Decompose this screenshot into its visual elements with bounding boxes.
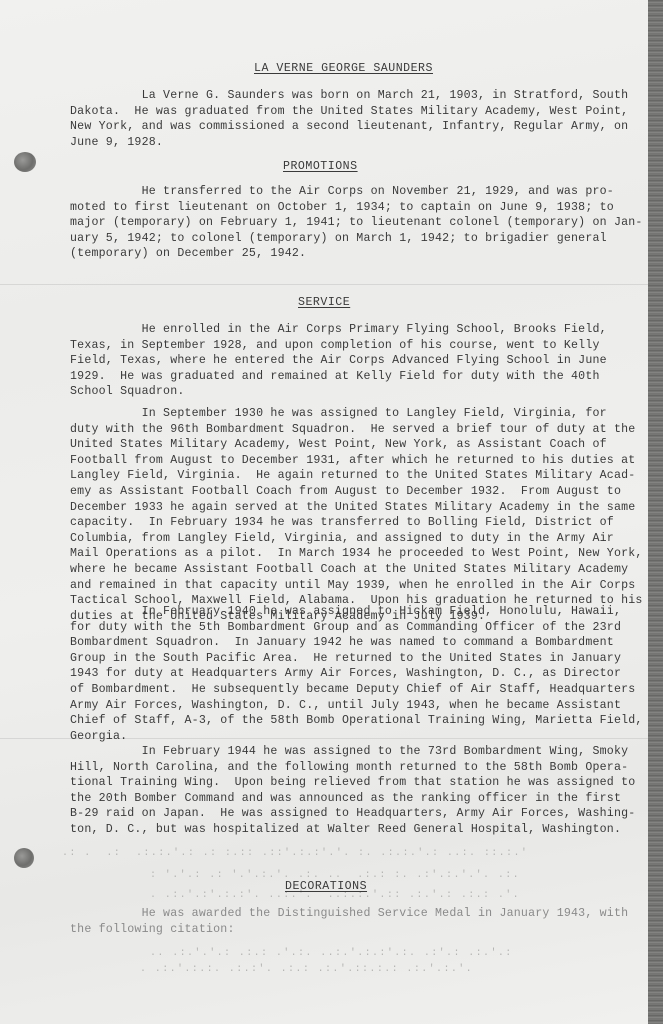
text-line: Army Air Forces, Washington, D. C., unti… bbox=[70, 698, 630, 714]
service-heading: SERVICE bbox=[298, 296, 350, 309]
decorations-paragraph: He was awarded the Distinguished Service… bbox=[70, 906, 630, 937]
text-line: He was awarded the Distinguished Service… bbox=[70, 906, 630, 922]
text-line: Chief of Staff, A-3, of the 58th Bomb Op… bbox=[70, 713, 630, 729]
service-paragraph-4: In February 1944 he was assigned to the … bbox=[70, 744, 630, 838]
text-line: Bombardment Squadron. In January 1942 he… bbox=[70, 635, 630, 651]
text-line: December 1933 he again served at the Uni… bbox=[70, 500, 630, 516]
text-line: Field, Texas, where he entered the Air C… bbox=[70, 353, 630, 369]
decorations-heading: DECORATIONS bbox=[285, 880, 367, 893]
bleed-through-text: .. .:.'.'.: .:.: .'.:. ..:.'.:.:'.:. .:'… bbox=[150, 948, 513, 959]
text-line: B-29 raid on Japan. He was assigned to H… bbox=[70, 806, 630, 822]
service-paragraph-2: In September 1930 he was assigned to Lan… bbox=[70, 406, 630, 624]
text-line: (temporary) on December 25, 1942. bbox=[70, 246, 630, 262]
text-line: 1929. He was graduated and remained at K… bbox=[70, 369, 630, 385]
text-line: Langley Field, Virginia. He again return… bbox=[70, 468, 630, 484]
text-line: Hill, North Carolina, and the following … bbox=[70, 760, 630, 776]
text-line: the 20th Bomber Command and was announce… bbox=[70, 791, 630, 807]
text-line: major (temporary) on February 1, 1941; t… bbox=[70, 215, 630, 231]
text-line: ton, D. C., but was hospitalized at Walt… bbox=[70, 822, 630, 838]
text-line: 1943 for duty at Headquarters Army Air F… bbox=[70, 666, 630, 682]
punch-hole-bottom bbox=[14, 848, 34, 868]
text-line: Georgia. bbox=[70, 729, 630, 745]
text-line: In February 1940 he was assigned to Hick… bbox=[70, 604, 630, 620]
text-line: United States Military Academy, West Poi… bbox=[70, 437, 630, 453]
document-title: LA VERNE GEORGE SAUNDERS bbox=[254, 62, 433, 75]
text-line: moted to first lieutenant on October 1, … bbox=[70, 200, 630, 216]
text-line: and remained in that capacity until May … bbox=[70, 578, 630, 594]
paper-crease bbox=[0, 284, 648, 285]
promotions-heading: PROMOTIONS bbox=[283, 160, 358, 173]
promotions-paragraph: He transferred to the Air Corps on Novem… bbox=[70, 184, 630, 262]
punch-hole-top bbox=[14, 152, 36, 172]
document-page: LA VERNE GEORGE SAUNDERS La Verne G. Sau… bbox=[0, 0, 648, 1024]
service-paragraph-3: In February 1940 he was assigned to Hick… bbox=[70, 604, 630, 744]
bleed-through-text: .: . .: .:.:.'.: .: :.:: .::'.:.:'.'. :.… bbox=[62, 848, 528, 859]
text-line: duty with the 96th Bombardment Squadron.… bbox=[70, 422, 630, 438]
text-line: He enrolled in the Air Corps Primary Fly… bbox=[70, 322, 630, 338]
text-line: School Squadron. bbox=[70, 384, 630, 400]
text-line: where he became Assistant Football Coach… bbox=[70, 562, 630, 578]
text-line: In September 1930 he was assigned to Lan… bbox=[70, 406, 630, 422]
text-line: Columbia, from Langley Field, Virginia, … bbox=[70, 531, 630, 547]
intro-paragraph: La Verne G. Saunders was born on March 2… bbox=[70, 88, 630, 150]
text-line: uary 5, 1942; to colonel (temporary) on … bbox=[70, 231, 630, 247]
text-line: tional Training Wing. Upon being relieve… bbox=[70, 775, 630, 791]
text-line: of Bombardment. He subsequently became D… bbox=[70, 682, 630, 698]
text-line: Texas, in September 1928, and upon compl… bbox=[70, 338, 630, 354]
text-line: capacity. In February 1934 he was transf… bbox=[70, 515, 630, 531]
text-line: Mail Operations as a pilot. In March 193… bbox=[70, 546, 630, 562]
bleed-through-text: . .:.'.:.:. .:.:'. .:.: .:.'.::.:.: .:.'… bbox=[140, 964, 473, 975]
service-paragraph-1: He enrolled in the Air Corps Primary Fly… bbox=[70, 322, 630, 400]
text-line: Dakota. He was graduated from the United… bbox=[70, 104, 630, 120]
text-line: Football from August to December 1931, a… bbox=[70, 453, 630, 469]
text-line: for duty with the 5th Bombardment Group … bbox=[70, 620, 630, 636]
text-line: the following citation: bbox=[70, 922, 630, 938]
text-line: In February 1944 he was assigned to the … bbox=[70, 744, 630, 760]
text-line: June 9, 1928. bbox=[70, 135, 630, 151]
text-line: New York, and was commissioned a second … bbox=[70, 119, 630, 135]
text-line: La Verne G. Saunders was born on March 2… bbox=[70, 88, 630, 104]
text-line: emy as Assistant Football Coach from Aug… bbox=[70, 484, 630, 500]
scan-background-edge bbox=[648, 0, 663, 1024]
text-line: Group in the South Pacific Area. He retu… bbox=[70, 651, 630, 667]
text-line: He transferred to the Air Corps on Novem… bbox=[70, 184, 630, 200]
